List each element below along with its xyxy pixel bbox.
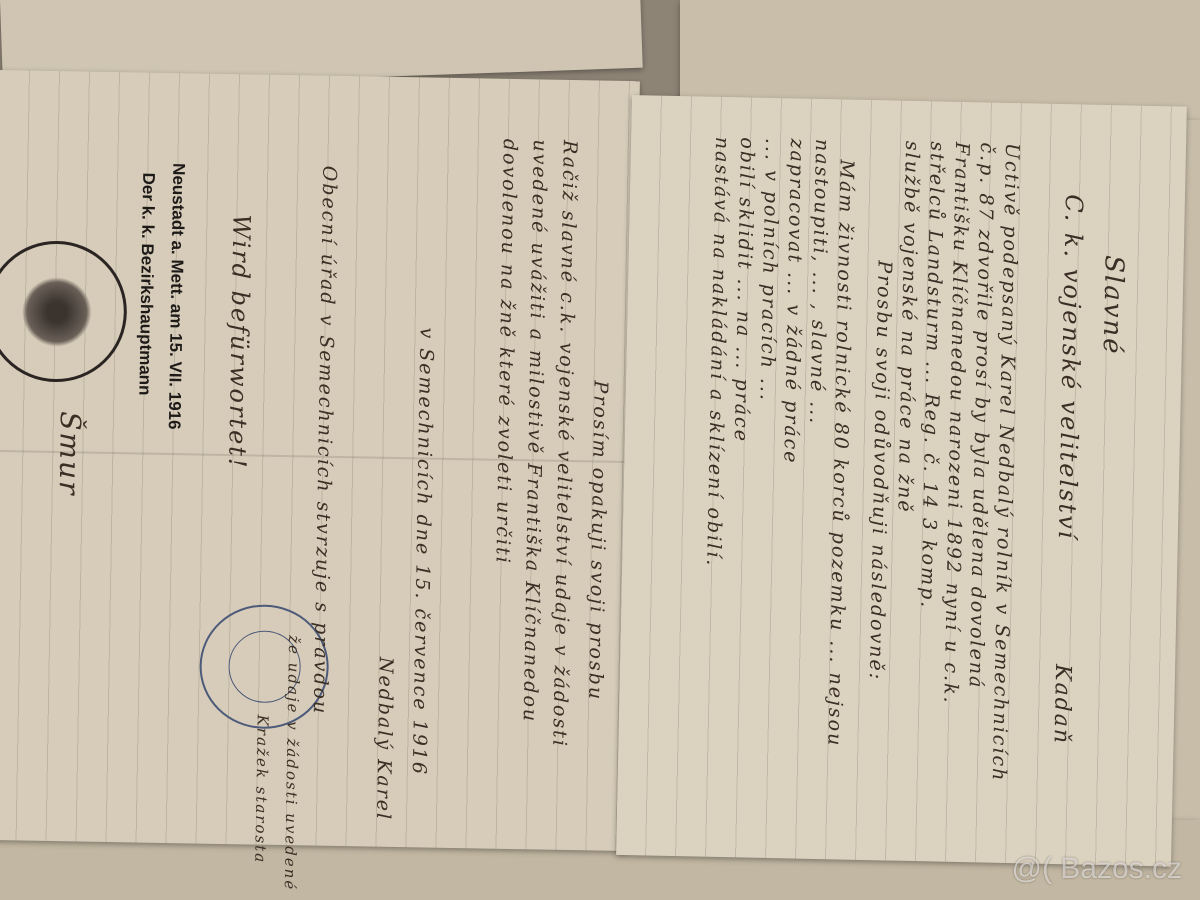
handwritten-line: Nedbalý Karel [372, 657, 397, 822]
handwritten-line: zapracovat ... v žádné práce [779, 138, 808, 465]
printed-date-line: Neustadt a. Mett. am 15. VII. 1916 [164, 163, 189, 430]
right-document: Slavné C. k. vojenské velitelství Kadaň … [616, 95, 1187, 866]
handwritten-line: nastoupiti, ... , slavné ... [805, 139, 833, 426]
bazos-watermark: @( Bazos.cz [1012, 852, 1183, 886]
handwritten-line: Račiž slavné c.k. vojenské velitelství u… [548, 140, 581, 748]
letter-addressee: C. k. vojenské velitelství [1053, 194, 1088, 541]
handwritten-line: Obecní úřad v Semechnicích stvrzuje s pr… [309, 166, 341, 716]
left-document: Neustadt a. Mett. am 15. VII. 1916 Der k… [0, 70, 640, 851]
handwritten-line: Kražek starosta [251, 715, 272, 865]
letter-place: Kadaň [1048, 664, 1075, 745]
handwritten-line: uvedené uvážiti a milostivě Františka Kl… [519, 139, 551, 723]
handwritten-line: obilí sklidit ... na ... práce [730, 137, 758, 443]
approval-note: Wird befürwortet! [223, 214, 255, 470]
letter-heading: Slavné [1097, 255, 1129, 356]
handwritten-line: ... v polních pracích ... [756, 138, 784, 403]
handwritten-line: dovolenou na žně které zvoleti určiti [491, 139, 520, 565]
handwritten-line: Prosím opakuji svoji prosbu [584, 380, 612, 701]
handwritten-line: nastává na nakládání a sklízení obilí. [702, 137, 733, 568]
handwritten-line: Prosbu svoji odůvodňuji následovně: [865, 260, 896, 681]
handwritten-line: v Semechnicích dne 15. července 1916 [408, 327, 438, 776]
printed-title-line: Der k. k. Bezirkshauptmann [134, 172, 158, 395]
district-office-stamp [0, 240, 128, 383]
signature: Šmur [53, 411, 87, 497]
eagle-emblem-icon [21, 276, 92, 347]
